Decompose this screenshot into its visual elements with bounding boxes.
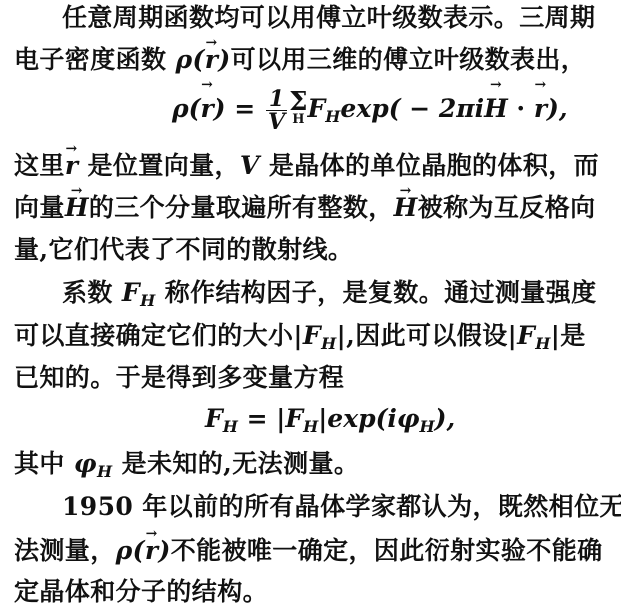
vector-h: H: [484, 94, 508, 123]
paragraph-5-line-3: 定晶体和分子的结构。: [14, 576, 614, 608]
document-page: 任意周期函数均可以用傅立叶级数表示。三周期 电子密度函数 ρ(r)可以用三维的傅…: [0, 0, 621, 608]
rho-r-expression: ρ(r): [116, 536, 171, 565]
paragraph-2-line-1: 这里r 是位置向量，V 是晶体的单位晶胞的体积，而: [14, 150, 614, 182]
paragraph-3-line-1: 系数 FH 称作结构因子，是复数。通过测量强度: [62, 277, 621, 317]
vector-h: H: [65, 192, 89, 224]
paragraph-3-line-2: 可以直接确定它们的大小|FH|,因此可以假设|FH|是: [14, 320, 614, 360]
paragraph-3-line-3: 已知的。于是得到多变量方程: [14, 362, 614, 394]
formula-structure-factor: FH = |FH|exp(iφH),: [205, 404, 455, 436]
paragraph-2-line-2: 向量H的三个分量取遍所有整数，H被称为互反格向: [14, 192, 614, 224]
paragraph-4-line-1: 其中 φH 是未知的,无法测量。: [14, 448, 614, 488]
vector-r: r: [145, 535, 159, 567]
vector-r: r: [205, 44, 219, 76]
text: 可以用三维的傅立叶级数表出，: [231, 45, 587, 74]
fraction-1-over-v: 1V: [266, 88, 287, 133]
vector-h: H: [394, 192, 418, 224]
text: 任意周期函数均可以用傅立叶级数表示。三周期: [62, 3, 595, 32]
summation-symbol: ΣH: [289, 93, 307, 129]
vector-r: r: [200, 94, 213, 123]
paragraph-1-line-2: 电子密度函数 ρ(r)可以用三维的傅立叶级数表出，: [14, 44, 614, 76]
paragraph-5-line-2: 法测量，ρ(r)不能被唯一确定，因此衍射实验不能确: [14, 535, 614, 567]
vector-r: r: [534, 94, 547, 123]
formula-fourier-series: ρ(r) = 1VΣHFHexp( − 2πiH · r),: [172, 88, 568, 133]
paragraph-2-line-3: 量,它们代表了不同的散射线。: [14, 234, 614, 266]
paragraph-1-line-1: 任意周期函数均可以用傅立叶级数表示。三周期: [62, 2, 621, 34]
rho-r-expression: ρ(r): [176, 45, 231, 74]
text: 电子密度函数: [14, 45, 176, 74]
